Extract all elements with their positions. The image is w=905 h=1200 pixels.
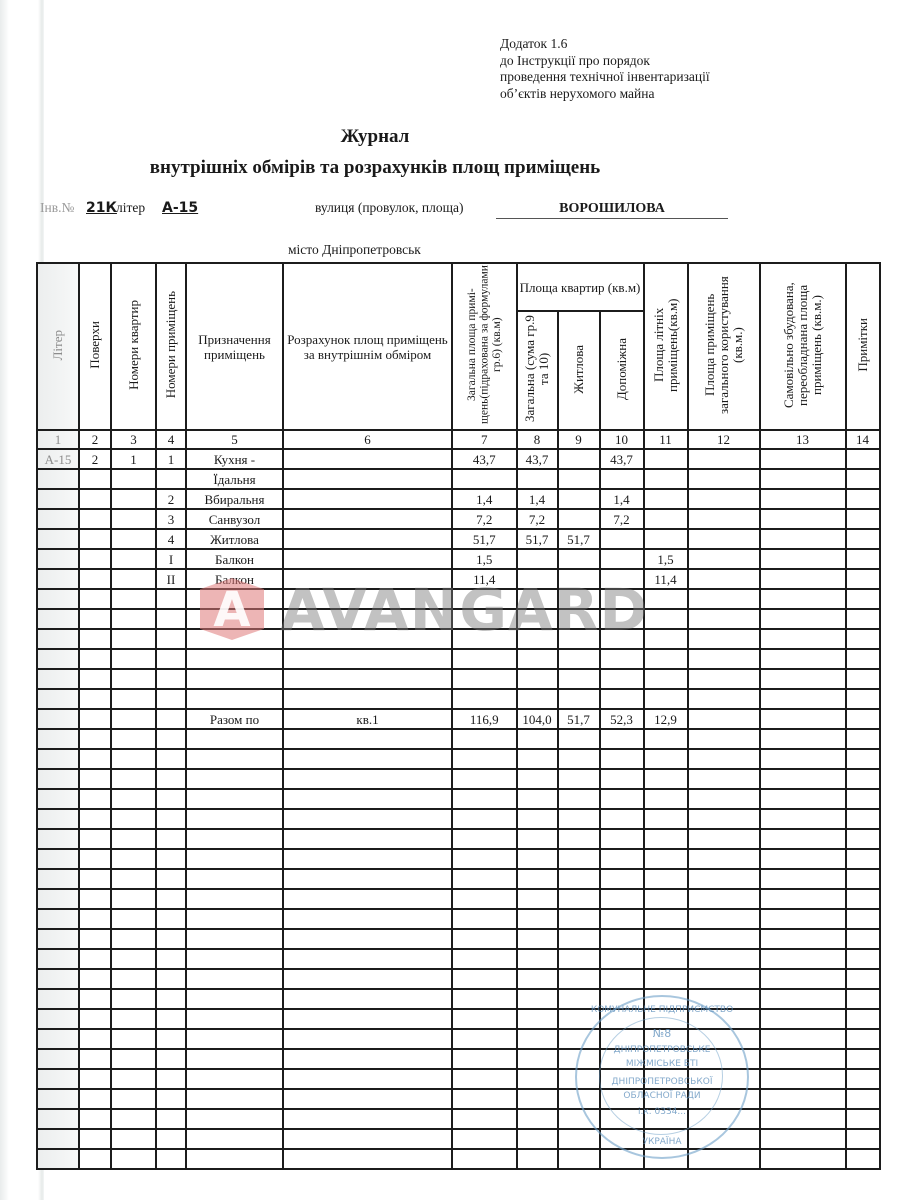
table-row-empty	[37, 1049, 880, 1069]
table-cell	[79, 1089, 111, 1109]
table-cell	[517, 1089, 558, 1109]
table-cell	[600, 949, 644, 969]
table-cell	[283, 1009, 452, 1029]
table-cell	[600, 769, 644, 789]
table-cell	[600, 1129, 644, 1149]
appendix-note: Додаток 1.6 до Інструкції про порядок пр…	[500, 36, 710, 102]
table-cell	[156, 869, 186, 889]
table-cell	[452, 869, 517, 889]
table-cell	[186, 1029, 283, 1049]
table-cell: 43,7	[452, 449, 517, 469]
table-cell	[186, 969, 283, 989]
table-cell	[79, 489, 111, 509]
table-cell	[558, 469, 600, 489]
table-cell	[644, 509, 688, 529]
table-cell	[517, 1129, 558, 1149]
table-cell	[846, 509, 880, 529]
table-cell	[600, 469, 644, 489]
table-cell	[558, 809, 600, 829]
table-cell	[517, 749, 558, 769]
table-cell	[846, 669, 880, 689]
table-cell	[558, 649, 600, 669]
table-row	[37, 669, 880, 689]
document-subtitle: внутрішніх обмірів та розрахунків площ п…	[110, 157, 640, 179]
measurements-table: Літер Поверхи Номери квартир Номери прим…	[36, 262, 881, 1170]
table-cell	[79, 1009, 111, 1029]
table-cell	[517, 1149, 558, 1169]
table-cell	[452, 589, 517, 609]
table-cell	[644, 909, 688, 929]
table-cell	[846, 909, 880, 929]
table-cell	[452, 689, 517, 709]
table-row-empty	[37, 889, 880, 909]
table-cell	[37, 1129, 79, 1149]
table-cell: 1	[156, 449, 186, 469]
table-cell	[517, 1049, 558, 1069]
table-cell	[558, 969, 600, 989]
table-cell	[186, 1109, 283, 1129]
table-cell	[186, 929, 283, 949]
table-cell	[846, 769, 880, 789]
table-cell	[452, 849, 517, 869]
table-cell	[79, 509, 111, 529]
table-cell	[600, 1109, 644, 1129]
column-number: 2	[79, 430, 111, 449]
table-cell	[760, 489, 846, 509]
appendix-line: проведення технічної інвентаризації	[500, 69, 710, 86]
table-cell	[452, 749, 517, 769]
table-cell	[600, 989, 644, 1009]
header-liter: Літер	[37, 263, 79, 430]
table-cell	[186, 769, 283, 789]
table-cell	[283, 949, 452, 969]
table-cell	[283, 1109, 452, 1129]
table-cell	[760, 789, 846, 809]
table-cell	[37, 789, 79, 809]
table-cell: 51,7	[452, 529, 517, 549]
table-cell	[37, 829, 79, 849]
table-cell	[111, 649, 156, 669]
table-cell	[37, 949, 79, 969]
table-cell	[111, 689, 156, 709]
table-cell	[517, 809, 558, 829]
table-cell	[558, 989, 600, 1009]
table-cell	[283, 689, 452, 709]
table-cell	[111, 1069, 156, 1089]
table-cell	[452, 829, 517, 849]
table-cell	[517, 589, 558, 609]
table-cell	[452, 949, 517, 969]
table-cell	[79, 1149, 111, 1169]
table-cell	[558, 629, 600, 649]
table-cell: 7,2	[517, 509, 558, 529]
table-cell	[186, 809, 283, 829]
table-cell	[186, 669, 283, 689]
table-cell	[79, 709, 111, 729]
table-cell	[558, 549, 600, 569]
table-cell	[37, 669, 79, 689]
table-row-empty	[37, 849, 880, 869]
table-cell	[79, 629, 111, 649]
table-cell	[846, 829, 880, 849]
table-cell	[186, 949, 283, 969]
table-row	[37, 589, 880, 609]
table-cell	[156, 769, 186, 789]
table-cell	[283, 1049, 452, 1069]
table-cell	[644, 1109, 688, 1129]
table-cell: 1,5	[452, 549, 517, 569]
table-cell	[558, 929, 600, 949]
table-cell	[760, 549, 846, 569]
table-cell	[558, 509, 600, 529]
table-cell	[558, 609, 600, 629]
table-cell	[283, 649, 452, 669]
table-cell	[37, 509, 79, 529]
table-cell: II	[156, 569, 186, 589]
table-cell	[452, 729, 517, 749]
table-cell	[452, 789, 517, 809]
header-floors: Поверхи	[79, 263, 111, 430]
table-row-empty	[37, 1069, 880, 1089]
table-cell	[517, 609, 558, 629]
table-cell	[644, 489, 688, 509]
table-cell	[156, 789, 186, 809]
table-cell	[760, 969, 846, 989]
liter-value: А-15	[162, 200, 198, 216]
table-cell: 43,7	[600, 449, 644, 469]
table-cell	[600, 609, 644, 629]
table-cell	[688, 449, 760, 469]
table-cell	[846, 1029, 880, 1049]
table-cell	[688, 749, 760, 769]
table-cell	[517, 829, 558, 849]
table-cell	[558, 769, 600, 789]
table-cell	[688, 649, 760, 669]
table-cell	[186, 729, 283, 749]
inventory-label: Інв.№	[40, 200, 74, 216]
table-cell: 4	[156, 529, 186, 549]
table-cell	[283, 509, 452, 529]
table-cell	[37, 689, 79, 709]
table-row-empty	[37, 1029, 880, 1049]
table-cell	[846, 1149, 880, 1169]
table-cell	[156, 469, 186, 489]
table-cell	[517, 1069, 558, 1089]
table-cell	[283, 729, 452, 749]
table-cell	[760, 849, 846, 869]
table-cell	[186, 909, 283, 929]
table-row-empty	[37, 869, 880, 889]
table-cell	[111, 1009, 156, 1029]
table-row	[37, 649, 880, 669]
table-row-empty	[37, 909, 880, 929]
table-row-empty	[37, 1129, 880, 1149]
table-cell	[688, 849, 760, 869]
table-cell	[644, 729, 688, 749]
table-cell	[846, 1089, 880, 1109]
table-cell	[111, 849, 156, 869]
table-cell	[688, 549, 760, 569]
table-cell	[688, 1089, 760, 1109]
table-cell	[558, 1069, 600, 1089]
table-cell	[846, 449, 880, 469]
table-cell	[37, 809, 79, 829]
table-cell	[558, 729, 600, 749]
table-cell	[760, 569, 846, 589]
street-label: вулиця (провулок, площа)	[315, 200, 464, 216]
table-cell	[846, 569, 880, 589]
table-cell	[846, 929, 880, 949]
table-cell	[846, 949, 880, 969]
table-cell	[156, 889, 186, 909]
table-row	[37, 629, 880, 649]
table-cell	[644, 1069, 688, 1089]
table-cell	[644, 989, 688, 1009]
table-cell	[846, 469, 880, 489]
table-cell	[517, 669, 558, 689]
table-cell	[688, 769, 760, 789]
table-cell	[283, 589, 452, 609]
table-cell	[37, 769, 79, 789]
table-cell	[37, 1049, 79, 1069]
table-cell: 1,4	[600, 489, 644, 509]
table-cell	[558, 829, 600, 849]
table-cell	[517, 869, 558, 889]
table-cell	[688, 1049, 760, 1069]
table-row-empty	[37, 789, 880, 809]
table-cell	[688, 529, 760, 549]
table-cell	[644, 449, 688, 469]
table-cell: 1,5	[644, 549, 688, 569]
table-cell	[283, 829, 452, 849]
table-cell	[688, 789, 760, 809]
table-cell	[600, 669, 644, 689]
table-cell	[558, 869, 600, 889]
table-cell: 11,4	[452, 569, 517, 589]
table-cell	[760, 909, 846, 929]
table-cell	[760, 1109, 846, 1129]
table-cell	[452, 989, 517, 1009]
table-cell	[111, 469, 156, 489]
table-cell	[111, 909, 156, 929]
table-cell	[156, 849, 186, 869]
table-cell	[600, 789, 644, 809]
table-row-empty	[37, 989, 880, 1009]
table-cell	[111, 809, 156, 829]
table-cell	[846, 809, 880, 829]
table-cell	[760, 729, 846, 749]
table-cell	[600, 809, 644, 829]
table-cell	[846, 589, 880, 609]
table-cell	[760, 1029, 846, 1049]
table-cell	[760, 949, 846, 969]
table-cell	[37, 1009, 79, 1029]
table-cell	[558, 589, 600, 609]
table-cell	[688, 629, 760, 649]
table-row-empty	[37, 769, 880, 789]
table-cell	[760, 529, 846, 549]
table-cell	[111, 609, 156, 629]
table-cell	[111, 549, 156, 569]
table-cell	[452, 889, 517, 909]
header-apt-living: Житлова	[558, 311, 600, 430]
table-cell	[688, 729, 760, 749]
table-cell	[156, 649, 186, 669]
table-cell	[79, 849, 111, 869]
table-cell	[760, 629, 846, 649]
table-cell	[283, 1029, 452, 1049]
table-cell: Кухня -	[186, 449, 283, 469]
header-room-purpose: Призначення приміщень	[186, 263, 283, 430]
table-cell: 7,2	[600, 509, 644, 529]
table-cell	[111, 629, 156, 649]
table-cell	[79, 1029, 111, 1049]
table-row-empty	[37, 1109, 880, 1129]
table-cell	[111, 709, 156, 729]
table-cell	[37, 849, 79, 869]
table-cell	[111, 969, 156, 989]
table-cell	[79, 989, 111, 1009]
table-cell: А-15	[37, 449, 79, 469]
table-cell	[517, 729, 558, 749]
liter-label: літер	[116, 200, 145, 216]
table-cell	[37, 649, 79, 669]
table-cell	[558, 669, 600, 689]
table-cell	[558, 949, 600, 969]
table-cell	[644, 889, 688, 909]
table-cell: 51,7	[517, 529, 558, 549]
table-cell	[186, 889, 283, 909]
header-total-room-area: Загальна площа примі-щень(підрахована за…	[452, 263, 517, 430]
table-cell	[37, 1149, 79, 1169]
table-cell	[37, 1109, 79, 1129]
table-cell	[688, 869, 760, 889]
table-cell: 11,4	[644, 569, 688, 589]
table-cell	[600, 969, 644, 989]
header-room-numbers: Номери приміщень	[156, 263, 186, 430]
table-cell	[558, 1009, 600, 1029]
table-cell	[111, 489, 156, 509]
table-row-empty	[37, 1089, 880, 1109]
table-body: А-15211Кухня -43,743,743,7Їдальня2Вбирал…	[37, 449, 880, 1169]
table-row-empty	[37, 1009, 880, 1029]
table-cell: 104,0	[517, 709, 558, 729]
table-cell	[517, 989, 558, 1009]
table-cell	[186, 749, 283, 769]
column-number: 6	[283, 430, 452, 449]
table-cell	[688, 1029, 760, 1049]
table-cell: I	[156, 549, 186, 569]
table-header-row: Літер Поверхи Номери квартир Номери прим…	[37, 263, 880, 311]
table-cell	[517, 969, 558, 989]
table-cell	[37, 709, 79, 729]
table-cell	[760, 809, 846, 829]
table-cell	[688, 589, 760, 609]
table-cell	[186, 829, 283, 849]
table-cell	[517, 689, 558, 709]
table-cell	[156, 709, 186, 729]
table-cell	[37, 989, 79, 1009]
table-cell	[558, 889, 600, 909]
table-cell	[600, 749, 644, 769]
table-cell	[644, 869, 688, 889]
table-row: 3Санвузол7,27,27,2	[37, 509, 880, 529]
table-cell	[644, 589, 688, 609]
header-apt-auxiliary: Допоміжна	[600, 311, 644, 430]
table-cell	[846, 1009, 880, 1029]
table-cell	[452, 1149, 517, 1169]
table-cell: 1,4	[452, 489, 517, 509]
table-cell	[688, 569, 760, 589]
table-cell	[186, 1089, 283, 1109]
table-cell	[688, 929, 760, 949]
table-cell: 116,9	[452, 709, 517, 729]
table-cell: Їдальня	[186, 469, 283, 489]
header-area-calc: Розрахунок площ приміщень за внутрішнім …	[283, 263, 452, 430]
table-row	[37, 689, 880, 709]
table-cell	[644, 1129, 688, 1149]
table-cell	[760, 509, 846, 529]
table-cell	[600, 1149, 644, 1169]
table-cell	[37, 1029, 79, 1049]
table-cell	[760, 769, 846, 789]
street-value: ВОРОШИЛОВА	[496, 201, 728, 219]
table-row: Їдальня	[37, 469, 880, 489]
table-cell	[760, 649, 846, 669]
table-cell	[517, 889, 558, 909]
column-number: 5	[186, 430, 283, 449]
table-cell	[452, 1109, 517, 1129]
table-cell	[283, 969, 452, 989]
table-cell	[644, 1009, 688, 1029]
table-cell	[846, 529, 880, 549]
table-cell	[37, 929, 79, 949]
column-number: 10	[600, 430, 644, 449]
table-cell	[111, 1029, 156, 1049]
table-cell	[600, 889, 644, 909]
table-cell	[37, 489, 79, 509]
table-cell	[760, 449, 846, 469]
table-row-empty	[37, 1149, 880, 1169]
table-cell	[156, 829, 186, 849]
table-cell	[283, 789, 452, 809]
table-cell	[558, 689, 600, 709]
table-cell	[688, 1009, 760, 1029]
table-cell	[156, 929, 186, 949]
table-cell	[452, 1129, 517, 1149]
city-label: місто Дніпропетровськ	[288, 242, 421, 258]
table-cell	[79, 549, 111, 569]
inventory-number: 21К	[86, 200, 117, 216]
table-cell	[644, 629, 688, 649]
table-cell	[156, 909, 186, 929]
table-cell	[37, 909, 79, 929]
table-cell	[600, 1009, 644, 1029]
table-cell	[111, 529, 156, 549]
table-cell	[186, 1149, 283, 1169]
table-cell	[644, 969, 688, 989]
table-cell	[600, 689, 644, 709]
table-cell	[760, 709, 846, 729]
table-cell	[760, 1129, 846, 1149]
table-cell	[283, 1069, 452, 1089]
table-cell	[688, 1109, 760, 1129]
table-cell	[644, 1089, 688, 1109]
table-cell	[846, 1129, 880, 1149]
table-cell	[79, 909, 111, 929]
table-cell	[760, 1049, 846, 1069]
table-cell	[111, 1049, 156, 1069]
